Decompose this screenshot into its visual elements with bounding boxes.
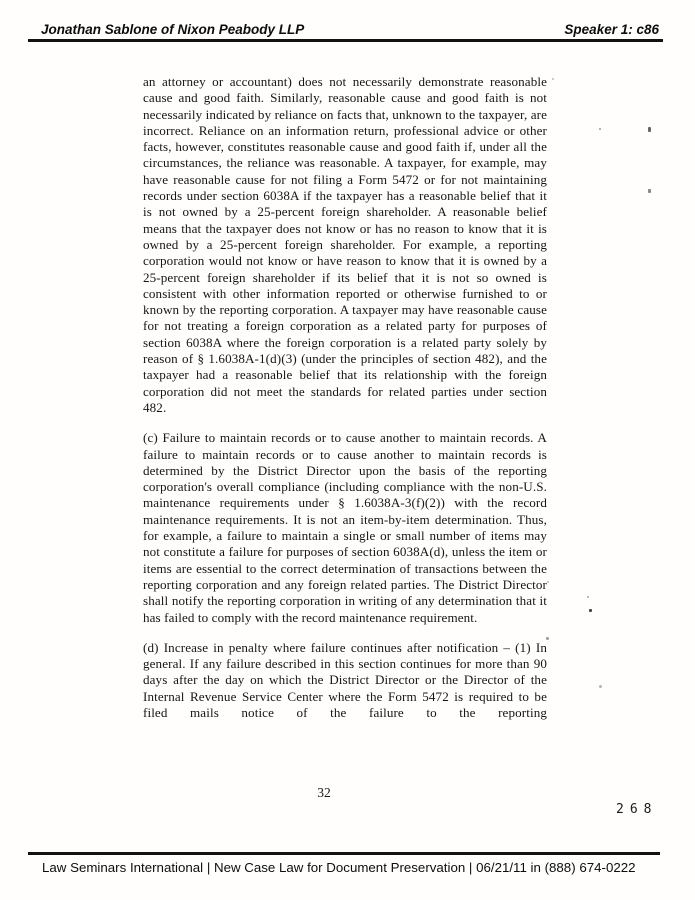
header-author: Jonathan Sablone of Nixon Peabody LLP: [41, 22, 304, 38]
paragraph-reasonable-cause: an attorney or accountant) does not nece…: [143, 74, 547, 416]
document-body: an attorney or accountant) does not nece…: [143, 74, 547, 735]
scan-speck: [648, 189, 651, 193]
page-number: 32: [0, 785, 648, 801]
header-speaker-label: Speaker 1: c86: [564, 22, 659, 38]
scan-speck: [589, 609, 592, 612]
document-page: Jonathan Sablone of Nixon Peabody LLP Sp…: [0, 0, 695, 900]
scan-speck: [648, 127, 651, 132]
scan-speck: [546, 637, 549, 640]
scan-speck: [599, 685, 602, 688]
scan-speck: [587, 596, 589, 598]
scan-speck: [547, 581, 549, 583]
header-rule: [28, 39, 663, 42]
paragraph-c-failure-to-maintain-records: (c) Failure to maintain records or to ca…: [143, 430, 547, 626]
bates-number: 268: [616, 802, 657, 817]
scan-speck: [599, 128, 601, 130]
scan-speck: [552, 78, 554, 80]
footer-seminar-info: Law Seminars International | New Case La…: [42, 860, 636, 875]
paragraph-d-increase-in-penalty: (d) Increase in penalty where failure co…: [143, 640, 547, 721]
footer-rule: [28, 852, 660, 855]
